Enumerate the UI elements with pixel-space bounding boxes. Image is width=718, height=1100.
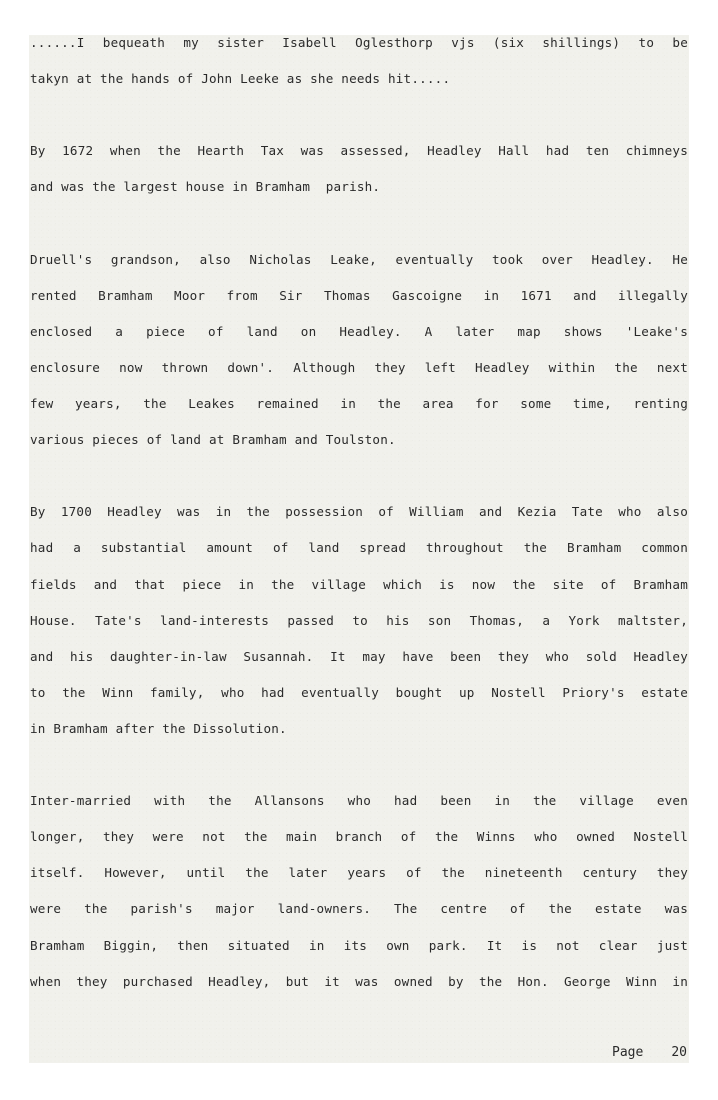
text-line: fields and that piece in the village whi… [30,577,688,593]
text-line: By 1700 Headley was in the possession of… [30,504,688,520]
page-footer: Page20 [612,1045,687,1060]
text-line: ......I bequeath my sister Isabell Ogles… [30,35,688,51]
text-line: Druell's grandson, also Nicholas Leake, … [30,252,688,268]
text-line: enclosure now thrown down'. Although the… [30,360,688,376]
text-line: itself. However, until the later years o… [30,865,688,881]
document-page: ......I bequeath my sister Isabell Ogles… [29,35,689,1063]
text-line: in Bramham after the Dissolution. [30,721,688,737]
text-line: were the parish's major land-owners. The… [30,901,688,917]
text-line: Bramham Biggin, then situated in its own… [30,938,688,954]
text-line: had a substantial amount of land spread … [30,540,688,556]
text-line: By 1672 when the Hearth Tax was assessed… [30,143,688,159]
text-line: when they purchased Headley, but it was … [30,974,688,990]
text-line: House. Tate's land-interests passed to h… [30,613,688,629]
text-line: and was the largest house in Bramham par… [30,179,688,195]
text-line: takyn at the hands of John Leeke as she … [30,71,688,87]
text-line: few years, the Leakes remained in the ar… [30,396,688,412]
text-line: enclosed a piece of land on Headley. A l… [30,324,688,340]
text-line: Inter-married with the Allansons who had… [30,793,688,809]
text-line: rented Bramham Moor from Sir Thomas Gasc… [30,288,688,304]
text-line: longer, they were not the main branch of… [30,829,688,845]
text-line: various pieces of land at Bramham and To… [30,432,688,448]
page-number: 20 [671,1045,687,1060]
text-line: and his daughter-in-law Susannah. It may… [30,649,688,665]
page-label: Page [612,1045,643,1060]
text-line: to the Winn family, who had eventually b… [30,685,688,701]
